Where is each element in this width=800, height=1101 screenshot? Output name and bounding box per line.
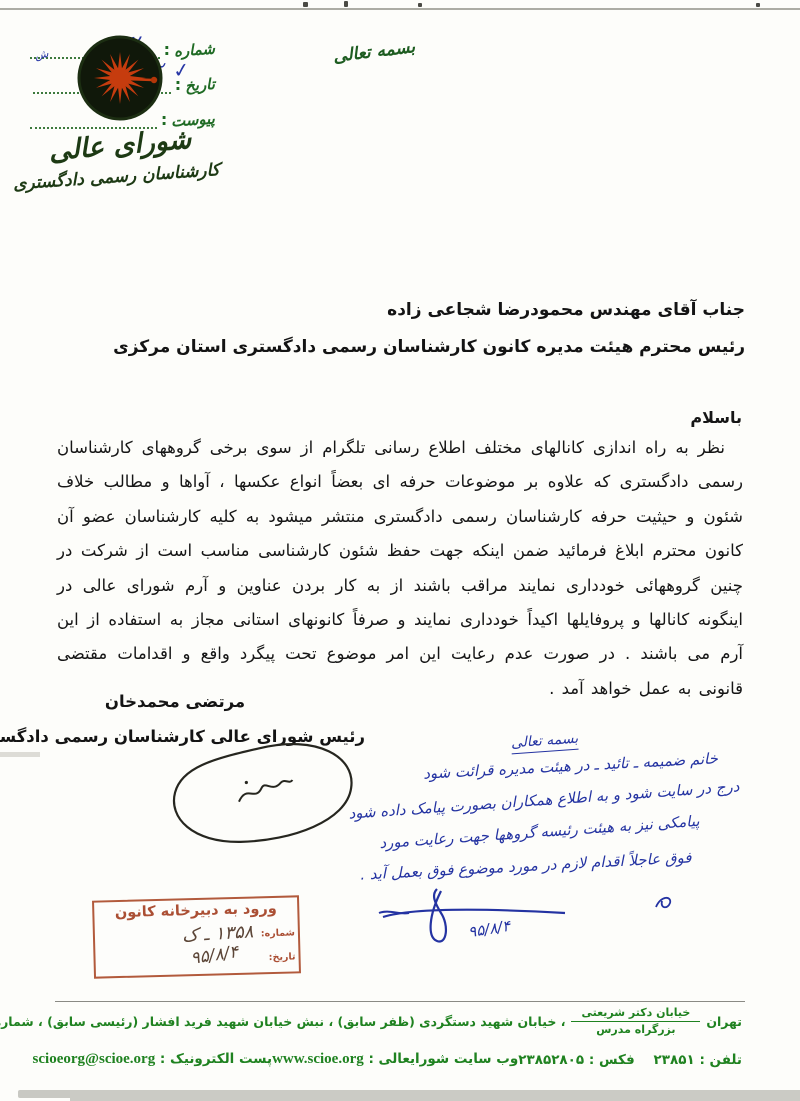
stamp-number-value: ۱۳۵۸ ـ ک <box>181 921 254 946</box>
scan-speck <box>344 1 348 7</box>
phone-value: ۲۳۸۵۱ <box>654 1052 695 1068</box>
website-url: www.scioe.org <box>272 1051 364 1067</box>
stamp-date-value: ۹۵/۸/۴ <box>189 942 239 969</box>
marginalia-heading: بسمه تعالی <box>510 731 578 755</box>
footer-city: تهران <box>706 1014 742 1029</box>
phone-label: تلفن : <box>699 1052 742 1068</box>
footer-address-rest: ، خیابان شهید دستگردی (ظفر سابق) ، نبش خ… <box>0 1014 565 1029</box>
marginalia-line: پیامکی نیز به هیئت رئیسه گروهها جهت رعای… <box>379 812 700 852</box>
recipient-name: جناب آقای مهندس محمودرضا شجاعی زاده <box>113 300 745 320</box>
recipient-block: جناب آقای مهندس محمودرضا شجاعی زاده رئیس… <box>113 300 745 374</box>
stamp-title: ورود به دبیرخانه کانون <box>94 900 297 921</box>
footer-street-top: خیابان دکتر شریعتی <box>571 1006 700 1022</box>
marginalia-line: خانم ضمیمه ـ تائید ـ در هیئت مدیره قرائت… <box>423 749 719 782</box>
secretariat-entry-stamp: ورود به دبیرخانه کانون شماره: ۱۳۵۸ ـ ک ت… <box>92 895 301 978</box>
footer-phone-fax: تلفن : ۲۳۸۵۱ فکس : ۲۳۸۵۲۸۰۵ <box>518 1052 742 1068</box>
footer: تهران خیابان دکتر شریعتی بزرگراه مدرس ، … <box>40 1006 742 1068</box>
email-label: پست الکترونیک : <box>160 1051 272 1067</box>
footer-email: پست الکترونیک : scioeorg@scioe.org <box>33 1051 273 1068</box>
fax-label: فکس : <box>589 1052 635 1068</box>
scan-bottom-shadow <box>70 1090 800 1101</box>
signatory-name: مرتضی محمدخان <box>60 692 290 711</box>
blue-ink-flourish <box>653 893 675 913</box>
scanned-letter-page: شماره : تاریخ : پیوست : ۵۲۲ ش ۱۳۹۵/۷/۲ ✓… <box>0 0 800 1101</box>
scan-speck <box>303 2 308 7</box>
email-address: scioeorg@scioe.org <box>33 1051 156 1067</box>
scan-smudge <box>0 752 40 757</box>
scan-speck <box>418 3 422 7</box>
footer-street-bottom: بزرگراه مدرس <box>596 1022 675 1037</box>
besmele-invocation: بسمه تعالی <box>332 37 416 67</box>
council-emblem-icon <box>70 30 170 126</box>
stamp-date-label: تاریخ: <box>269 951 296 963</box>
footer-between-streets: خیابان دکتر شریعتی بزرگراه مدرس <box>571 1006 700 1037</box>
stamp-number-label: شماره: <box>261 927 295 939</box>
ink-signature <box>160 738 370 848</box>
website-label: وب سایت شورایعالی : <box>368 1051 518 1067</box>
scan-speck <box>756 3 760 7</box>
footer-website: وب سایت شورایعالی : www.scioe.org <box>272 1051 518 1068</box>
footer-contact-line: تلفن : ۲۳۸۵۱ فکس : ۲۳۸۵۲۸۰۵ وب سایت شورا… <box>40 1051 742 1068</box>
marginalia-line: فوق عاجلاً اقدام لازم در مورد موضوع فوق … <box>360 848 692 883</box>
fax-value: ۲۳۸۵۲۸۰۵ <box>518 1052 584 1068</box>
scan-edge-line <box>0 8 800 10</box>
letterhead-org-block: شورای عالی کارشناسان رسمی دادگستری <box>20 30 220 187</box>
salutation: باسلام <box>690 408 742 427</box>
footer-address-line: تهران خیابان دکتر شریعتی بزرگراه مدرس ، … <box>40 1006 742 1037</box>
recipient-title: رئیس محترم هیئت مدیره کانون کارشناسان رس… <box>113 337 745 357</box>
letter-body: نظر به راه اندازی کانالهای مختلف اطلاع ر… <box>57 431 743 706</box>
footer-divider <box>55 1001 745 1002</box>
